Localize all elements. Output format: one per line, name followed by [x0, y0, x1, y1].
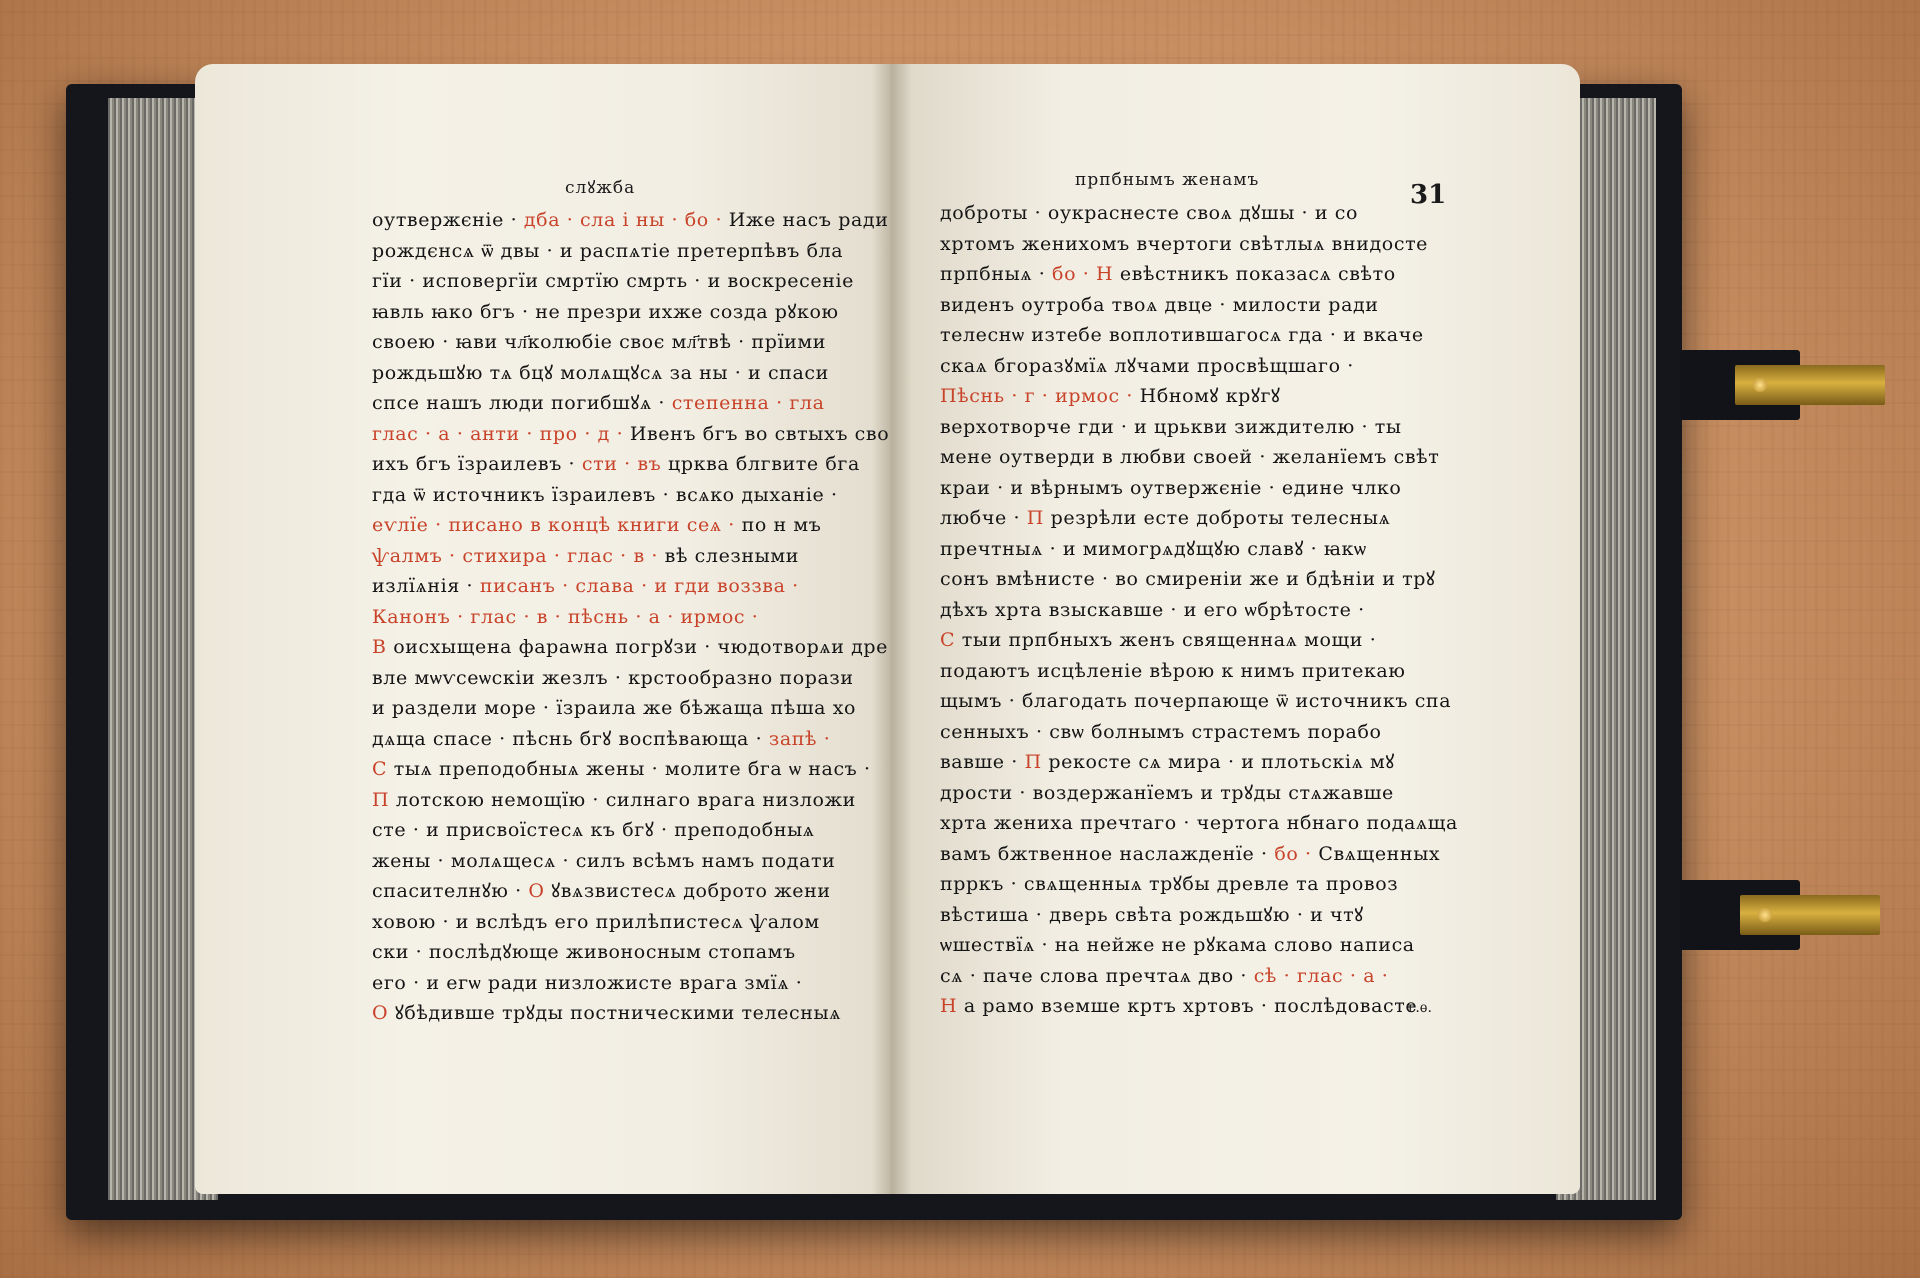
body-text: ꙗвль ꙗко бгъ · не презри ихже созда рꙋко…: [372, 301, 845, 323]
body-text: своею · ꙗви чл҃колюбіе своє мл҃твѣ · прї…: [372, 331, 833, 353]
body-text: его · и егѡ ради низложисте врага змїѧ ·: [372, 972, 809, 994]
text-line: ѱалмъ · стихира · глас · в · вѣ слезными: [372, 541, 896, 572]
text-line: ѡшествїѧ · на нейже не рꙋкама слово напи…: [940, 930, 1465, 961]
rubric-text: сти · въ: [582, 453, 668, 475]
body-text: вавше ·: [940, 751, 1025, 773]
body-text: тыѧ преподобныѧ жены · молите бга ѡ насъ…: [394, 758, 878, 780]
text-line: пречтныѧ · и мимогрѧдꙋщꙋю славꙋ · ꙗкѡ: [940, 534, 1465, 565]
text-line: С тыѧ преподобныѧ жены · молите бга ѡ на…: [372, 754, 896, 785]
rubric-text: П: [1027, 507, 1051, 529]
text-line: доброты · оукраснесте своѧ дꙋшы · и со: [940, 198, 1465, 229]
body-text: спсе нашъ люди погибшꙋѧ ·: [372, 392, 672, 414]
body-text: прркъ · свѧщенныѧ трꙋбы древле та провоз: [940, 873, 1405, 895]
body-text: мене оутверди в любви своей · желанїемъ …: [940, 446, 1446, 468]
body-text: сонъ вмѣнисте · во смиреніи же и бдѣніи …: [940, 568, 1442, 590]
text-line: излїѧнія · писанъ · слава · и гди воззва…: [372, 571, 896, 602]
rubric-text: степенна · гла: [672, 392, 831, 414]
rubric-text: Н: [940, 995, 964, 1017]
text-line: краи · и вѣрнымъ оутвержєніе · едине члк…: [940, 473, 1465, 504]
body-text: верхотворче гди · и црькви зиждителю · т…: [940, 416, 1408, 438]
body-text: спасителнꙋю ·: [372, 880, 528, 902]
body-text: ѡшествїѧ · на нейже не рꙋкама слово напи…: [940, 934, 1421, 956]
body-text: дѧща спасе · пѣснь бгꙋ воспѣвающа ·: [372, 728, 769, 750]
text-line: скаѧ бгоразꙋмїѧ лꙋчами просвѣщшаго ·: [940, 351, 1465, 382]
text-line: ски · послѣдꙋюще живоносным стопамъ: [372, 937, 896, 968]
text-line: П лотскою немощїю · силнаго врага низлож…: [372, 785, 896, 816]
left-running-header: слꙋжба: [565, 175, 635, 198]
body-text: црква блгвите бга: [668, 453, 867, 475]
text-line: ховою · и вслѣдъ его прилѣпистесѧ ѱалом: [372, 907, 896, 938]
rubric-text: писанъ · слава · и гди воззва ·: [480, 575, 806, 597]
rubric-text: П: [1025, 751, 1049, 773]
body-text: ховою · и вслѣдъ его прилѣпистесѧ ѱалом: [372, 911, 826, 933]
text-line: сенныхъ · свѡ болнымъ страстемъ порабо: [940, 717, 1465, 748]
body-text: дѣхъ хрта взыскавше · и его ѡбрѣтосте ·: [940, 599, 1371, 621]
rubric-text: П: [372, 789, 396, 811]
body-text: жены · молѧщесѧ · силъ всѣмъ намъ подати: [372, 850, 842, 872]
body-text: ски · послѣдꙋюще живоносным стопамъ: [372, 941, 802, 963]
text-line: подаютъ исцѣленіе вѣрою к нимъ притекаю: [940, 656, 1465, 687]
body-text: евѣстникъ показасѧ свѣто: [1120, 263, 1403, 285]
body-text: любче ·: [940, 507, 1027, 529]
body-text: Нбномꙋ крꙋгꙋ: [1140, 385, 1288, 407]
rubric-text: дба · сла і ны · бо ·: [524, 209, 729, 231]
rubric-text: еѵлїе · писано в концѣ книги сеѧ ·: [372, 514, 742, 536]
text-line: вавше · П рекосте сѧ мира · и плотьскіѧ …: [940, 747, 1465, 778]
rubric-text: Пѣснь · г · ирмос ·: [940, 385, 1140, 407]
body-text: сте · и присвоїстесѧ къ бгꙋ · преподобны…: [372, 819, 821, 841]
text-line: ихъ бгъ їзраилевъ · сти · въ црква блгви…: [372, 449, 896, 480]
text-line: вле мѡѵсеѡскіи жезлъ · крстообразно пора…: [372, 663, 896, 694]
rivet-top: [1753, 378, 1767, 392]
text-line: С тыи прпбныхъ женъ священнаѧ мощи ·: [940, 625, 1465, 656]
body-text: ихъ бгъ їзраилевъ ·: [372, 453, 582, 475]
rubric-text: Канонъ · глас · в · пѣснь · а · ирмос ·: [372, 606, 765, 628]
body-text: дрости · воздержанїемъ и трꙋды стѧжавше: [940, 782, 1401, 804]
rubric-text: С: [372, 758, 394, 780]
text-line: жены · молѧщесѧ · силъ всѣмъ намъ подати: [372, 846, 896, 877]
left-page-text: оутвержєніе · дба · сла і ны · бо · Иже …: [372, 205, 896, 1029]
rivet-bottom: [1758, 908, 1772, 922]
text-line: хрта жениха пречтаго · чертога нбнаго по…: [940, 808, 1465, 839]
text-line: сѧ · паче слова пречтаѧ дво · сѣ · глас …: [940, 961, 1465, 992]
body-text: пречтныѧ · и мимогрѧдꙋщꙋю славꙋ · ꙗкѡ: [940, 538, 1373, 560]
rubric-text: глас · а · анти · про · д ·: [372, 423, 630, 445]
text-line: Пѣснь · г · ирмос · Нбномꙋ крꙋгꙋ: [940, 381, 1465, 412]
text-line: глас · а · анти · про · д · Ивенъ бгъ во…: [372, 419, 896, 450]
body-text: оисхыщена фараѡна погрꙋзи · чюдотворѧи д…: [393, 636, 894, 658]
text-line: рождьшꙋю тѧ бцꙋ молѧщꙋсѧ за ны · и спаси: [372, 358, 896, 389]
text-line: телеснѡ изтебе воплотившагосѧ гда · и вк…: [940, 320, 1465, 351]
body-text: краи · и вѣрнымъ оутвержєніе · едине члк…: [940, 477, 1408, 499]
rubric-text: бо · Н: [1052, 263, 1120, 285]
text-line: любче · П резрѣли есте доброты телесныѧ: [940, 503, 1465, 534]
body-text: прпбныѧ ·: [940, 263, 1052, 285]
right-page-text: доброты · оукраснесте своѧ дꙋшы · и со х…: [940, 198, 1465, 1022]
text-line: дѣхъ хрта взыскавше · и его ѡбрѣтосте ·: [940, 595, 1465, 626]
body-text: рекосте сѧ мира · и плотьскіѧ мꙋ: [1048, 751, 1401, 773]
body-text: лотскою немощїю · силнаго врага низложи: [396, 789, 863, 811]
rubric-text: О: [372, 1002, 395, 1024]
text-line: гїи · исповергїи смртїю смрть · и воскре…: [372, 266, 896, 297]
body-text: вамъ бжтвенное наслажденїе ·: [940, 843, 1274, 865]
body-text: резрѣли есте доброты телесныѧ: [1051, 507, 1397, 529]
body-text: тыи прпбныхъ женъ священнаѧ мощи ·: [962, 629, 1383, 651]
body-text: телеснѡ изтебе воплотившагосѧ гда · и вк…: [940, 324, 1430, 346]
text-line: своею · ꙗви чл҃колюбіе своє мл҃твѣ · прї…: [372, 327, 896, 358]
body-text: хрта жениха пречтаго · чертога нбнаго по…: [940, 812, 1465, 834]
body-text: скаѧ бгоразꙋмїѧ лꙋчами просвѣщшаго ·: [940, 355, 1361, 377]
text-line: В оисхыщена фараѡна погрꙋзи · чюдотворѧи…: [372, 632, 896, 663]
text-line: сонъ вмѣнисте · во смиреніи же и бдѣніи …: [940, 564, 1465, 595]
body-text: гїи · исповергїи смртїю смрть · и воскре…: [372, 270, 861, 292]
text-line: дрости · воздержанїемъ и трꙋды стѧжавше: [940, 778, 1465, 809]
text-line: О ꙋбѣдивше трꙋды постническими телесныѧ: [372, 998, 896, 1029]
rubric-text: С: [940, 629, 962, 651]
text-line: спасителнꙋю · О ꙋвѧзвистесѧ доброто жени: [372, 876, 896, 907]
body-text: ꙋвѧзвистесѧ доброто жени: [551, 880, 837, 902]
body-text: вѣстиша · дверь свѣта рождьшꙋю · и чтꙋ: [940, 904, 1370, 926]
text-line: спсе нашъ люди погибшꙋѧ · степенна · гла: [372, 388, 896, 419]
body-text: сѧ · паче слова пречтаѧ дво ·: [940, 965, 1254, 987]
body-text: гда ѿ источникъ їзраилевъ · всѧко дыхані…: [372, 484, 844, 506]
rubric-text: запѣ ·: [769, 728, 837, 750]
text-line: гда ѿ источникъ їзраилевъ · всѧко дыхані…: [372, 480, 896, 511]
body-text: подаютъ исцѣленіе вѣрою к нимъ притекаю: [940, 660, 1412, 682]
text-line: рождєнсѧ ѿ двы · и распѧтіе претерпѣвъ б…: [372, 236, 896, 267]
text-line: и раздели море · їзраила же бѣжаща пѣша …: [372, 693, 896, 724]
text-line: Н а рамо вземше кртъ хртовъ · послѣдовас…: [940, 991, 1465, 1022]
text-line: щымъ · благодать почерпающе ѿ источникъ …: [940, 686, 1465, 717]
text-line: верхотворче гди · и црькви зиждителю · т…: [940, 412, 1465, 443]
text-line: оутвержєніе · дба · сла і ны · бо · Иже …: [372, 205, 896, 236]
text-line: виденъ оутроба твоѧ двце · милости ради: [940, 290, 1465, 321]
body-text: доброты · оукраснесте своѧ дꙋшы · и со: [940, 202, 1365, 224]
body-text: хртомъ женихомъ вчертоги свѣтлыѧ внидост…: [940, 233, 1435, 255]
rubric-text: сѣ · глас · а ·: [1254, 965, 1395, 987]
right-running-header: прпбнымъ женамъ: [1075, 170, 1259, 190]
body-text: рождьшꙋю тѧ бцꙋ молѧщꙋсѧ за ны · и спаси: [372, 362, 836, 384]
body-text: Иже насъ ради: [729, 209, 895, 231]
body-text: а рамо вземше кртъ хртовъ · послѣдовасте: [964, 995, 1424, 1017]
text-line: сте · и присвоїстесѧ къ бгꙋ · преподобны…: [372, 815, 896, 846]
body-text: виденъ оутроба твоѧ двце · милости ради: [940, 294, 1385, 316]
text-line: дѧща спасе · пѣснь бгꙋ воспѣвающа · запѣ…: [372, 724, 896, 755]
body-text: рождєнсѧ ѿ двы · и распѧтіе претерпѣвъ б…: [372, 240, 850, 262]
body-text: Свѧщенных: [1318, 843, 1447, 865]
text-line: Канонъ · глас · в · пѣснь · а · ирмос ·: [372, 602, 896, 633]
body-text: сенныхъ · свѡ болнымъ страстемъ порабо: [940, 721, 1388, 743]
rubric-text: бо ·: [1274, 843, 1318, 865]
text-line: ꙗвль ꙗко бгъ · не презри ихже созда рꙋко…: [372, 297, 896, 328]
text-line: мене оутверди в любви своей · желанїемъ …: [940, 442, 1465, 473]
body-text: щымъ · благодать почерпающе ѿ источникъ …: [940, 690, 1458, 712]
text-line: прркъ · свѧщенныѧ трꙋбы древле та провоз: [940, 869, 1465, 900]
rubric-text: ѱалмъ · стихира · глас · в ·: [372, 545, 665, 567]
text-line: прпбныѧ · бо · Н евѣстникъ показасѧ свѣт…: [940, 259, 1465, 290]
text-line: еѵлїе · писано в концѣ книги сеѧ · по н …: [372, 510, 896, 541]
body-text: излїѧнія ·: [372, 575, 480, 597]
body-text: по н мъ: [742, 514, 829, 536]
text-line: вамъ бжтвенное наслажденїе · бо · Свѧщен…: [940, 839, 1465, 870]
text-line: вѣстиша · дверь свѣта рождьшꙋю · и чтꙋ: [940, 900, 1465, 931]
text-line: его · и егѡ ради низложисте врага змїѧ ·: [372, 968, 896, 999]
body-text: оутвержєніе ·: [372, 209, 524, 231]
text-line: хртомъ женихомъ вчертоги свѣтлыѧ внидост…: [940, 229, 1465, 260]
rubric-text: О: [528, 880, 551, 902]
body-text: вѣ слезными: [665, 545, 806, 567]
body-text: ꙋбѣдивше трꙋды постническими телесныѧ: [395, 1002, 848, 1024]
body-text: вле мѡѵсеѡскіи жезлъ · крстообразно пора…: [372, 667, 860, 689]
rubric-text: В: [372, 636, 393, 658]
body-text: Ивенъ бгъ во свтыхъ сво: [630, 423, 896, 445]
body-text: и раздели море · їзраила же бѣжаща пѣша …: [372, 697, 863, 719]
